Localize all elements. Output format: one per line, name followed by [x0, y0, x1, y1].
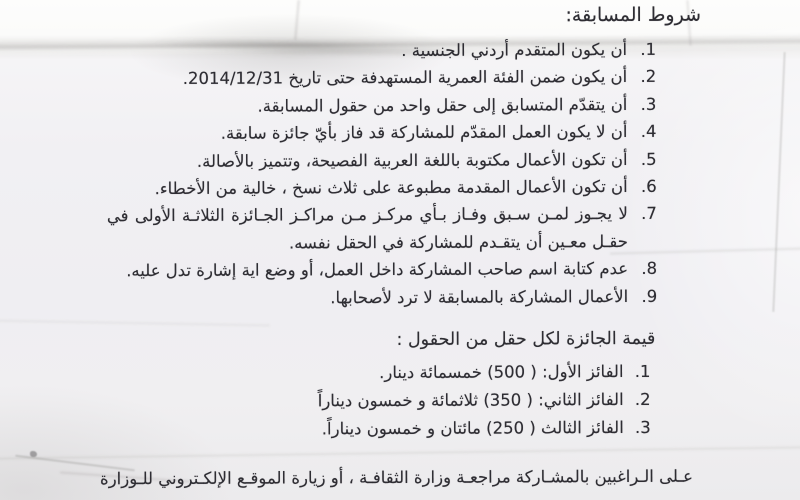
participation-note: عـلى الـراغبين بالمشـاركة مراجعـة وزارة …	[100, 467, 693, 489]
condition-number: 5.	[635, 146, 657, 174]
condition-number: 9.	[635, 283, 657, 311]
condition-number: 2.	[634, 63, 656, 91]
prize-text: الفائز الثاني: ( 350) ثلاثمائة و خمسون د…	[318, 386, 624, 415]
conditions-title: شروط المسابقة:	[565, 4, 701, 27]
condition-text: عدم كتابة اسم صاحب المشاركة داخل العمل، …	[107, 255, 628, 285]
condition-text: لا يجـوز لمـن سـبق وفـاز بـأي مركـز مـن …	[107, 200, 628, 257]
condition-text: أن يتقدّم المتسابق إلى حقل واحد من حقول …	[106, 91, 627, 121]
prize-number: 3.	[631, 414, 651, 442]
prize-text: الفائز الأول: ( 500) خمسمائة دينار.	[379, 358, 624, 387]
condition-text: أن يكون ضمن الفئة العمرية المستهدفة حتى …	[106, 63, 627, 93]
conditions-list: 1. أن يكون المتقدم أردني الجنسية . 2. أن…	[96, 36, 657, 313]
condition-item: 5. أن تكون الأعمال مكتوبة باللغة العربية…	[97, 146, 657, 176]
condition-text: الأعمال المشاركة بالمسابقة لا ترد لأصحاب…	[107, 283, 628, 313]
prize-number: 2.	[631, 386, 651, 414]
condition-text: أن لا يكون العمل المقدّم للمشاركة قد فاز…	[106, 118, 627, 148]
condition-number: 8.	[635, 255, 657, 283]
prizes-heading: قيمة الجائزة لكل حقل من الحقول :	[396, 329, 655, 350]
condition-text: أن تكون الأعمال المقدمة مطبوعة على ثلاث …	[107, 173, 628, 203]
document-content: شروط المسابقة: 1. أن يكون المتقدم أردني …	[0, 0, 800, 500]
prizes-list: 1. الفائز الأول: ( 500) خمسمائة دينار. 2…	[318, 358, 651, 443]
prize-item: 2. الفائز الثاني: ( 350) ثلاثمائة و خمسو…	[318, 386, 651, 415]
condition-text: أن يكون المتقدم أردني الجنسية .	[106, 36, 627, 66]
condition-item: 8. عدم كتابة اسم صاحب المشاركة داخل العم…	[97, 255, 657, 285]
condition-item: 6. أن تكون الأعمال المقدمة مطبوعة على ثل…	[97, 173, 657, 203]
condition-item: 1. أن يكون المتقدم أردني الجنسية .	[96, 36, 656, 66]
condition-number: 7.	[635, 200, 657, 255]
scanned-document-page: شروط المسابقة: 1. أن يكون المتقدم أردني …	[0, 0, 800, 500]
prize-item: 3. الفائز الثالث ( 250) مائتان و خمسون د…	[318, 414, 651, 443]
condition-item: 2. أن يكون ضمن الفئة العمرية المستهدفة ح…	[96, 63, 656, 93]
condition-item: 4. أن لا يكون العمل المقدّم للمشاركة قد …	[96, 118, 656, 148]
condition-item: 7. لا يجـوز لمـن سـبق وفـاز بـأي مركـز م…	[97, 200, 657, 257]
condition-number: 4.	[634, 118, 656, 146]
condition-text: أن تكون الأعمال مكتوبة باللغة العربية ال…	[107, 146, 628, 176]
condition-item: 3. أن يتقدّم المتسابق إلى حقل واحد من حق…	[96, 91, 656, 121]
prize-text: الفائز الثالث ( 250) مائتان و خمسون دينا…	[322, 414, 624, 443]
condition-item: 9. الأعمال المشاركة بالمسابقة لا ترد لأص…	[97, 283, 657, 313]
condition-number: 6.	[635, 173, 657, 201]
condition-number: 1.	[634, 36, 656, 64]
prize-item: 1. الفائز الأول: ( 500) خمسمائة دينار.	[318, 358, 651, 387]
prize-number: 1.	[630, 358, 650, 386]
condition-number: 3.	[634, 91, 656, 119]
